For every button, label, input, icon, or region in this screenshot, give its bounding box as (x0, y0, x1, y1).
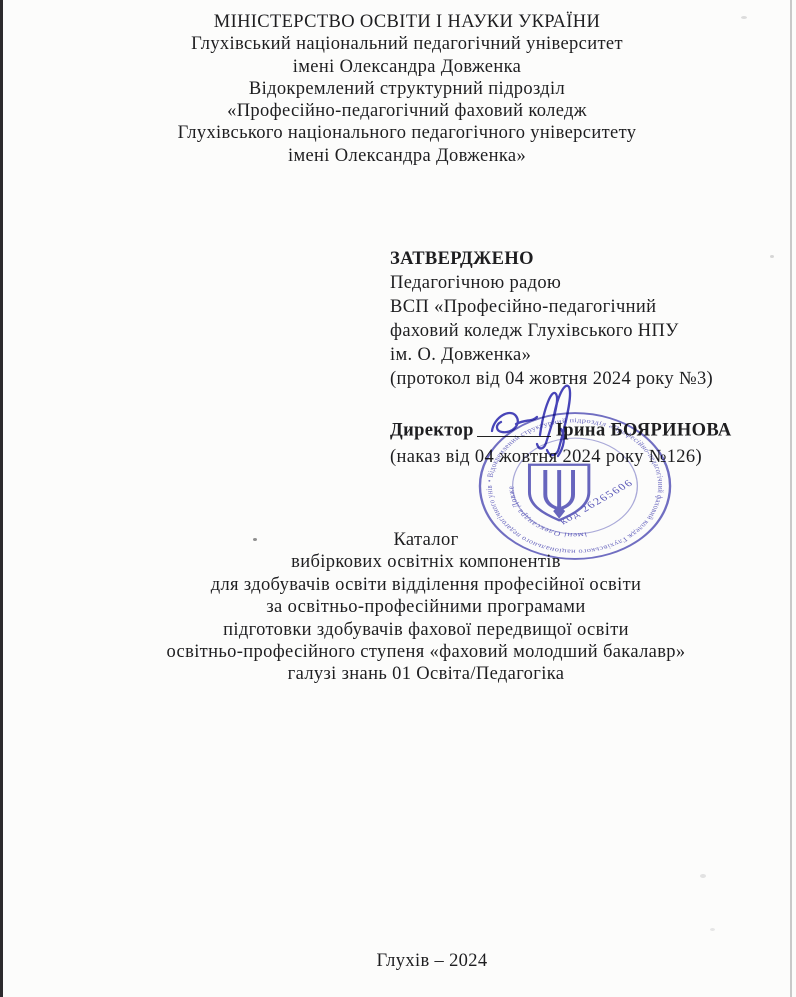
header-line-named-after-2: імені Олександра Довженка» (14, 145, 796, 167)
scan-edge-left (0, 0, 3, 997)
header-line-university-of: Глухівського національного педагогічного… (14, 122, 796, 144)
scan-speck (770, 255, 774, 258)
header-line-named-after: імені Олександра Довженка (14, 56, 796, 78)
scan-speck (253, 538, 257, 541)
title-line-elective: вибіркових освітніх компонентів (56, 551, 796, 573)
director-label: Директор (390, 421, 474, 441)
header-line-subdivision: Відокремлений структурний підрозділ (14, 78, 796, 100)
scan-speck (741, 16, 747, 19)
scan-speck (700, 874, 706, 878)
document-page: МІНІСТЕРСТВО ОСВІТИ І НАУКИ УКРАЇНИ Глух… (0, 0, 796, 997)
title-line-degree: освітньо-професійного ступеня «фаховий м… (56, 641, 796, 663)
title-block: Каталог вибіркових освітніх компонентів … (56, 529, 796, 686)
title-line-programs: за освітньо-професійними програмами (56, 596, 796, 618)
approval-line-council: Педагогічною радою (390, 271, 713, 295)
approved-label: ЗАТВЕРДЖЕНО (390, 247, 713, 271)
header-line-college: «Професійно-педагогічний фаховий коледж (14, 100, 796, 122)
header-block: МІНІСТЕРСТВО ОСВІТИ І НАУКИ УКРАЇНИ Глух… (14, 11, 796, 167)
header-line-ministry: МІНІСТЕРСТВО ОСВІТИ І НАУКИ УКРАЇНИ (14, 11, 796, 33)
scan-speck (710, 928, 715, 931)
approval-line-vsp: ВСП «Професійно-педагогічний (390, 295, 713, 319)
footer-city-year: Глухів – 2024 (68, 951, 796, 972)
title-line-training: підготовки здобувачів фахової передвищої… (56, 619, 796, 641)
approval-block: ЗАТВЕРДЖЕНО Педагогічною радою ВСП «Проф… (390, 247, 713, 391)
header-line-university: Глухівський національний педагогічний ун… (14, 33, 796, 55)
title-line-catalog: Каталог (56, 529, 796, 551)
title-line-field: галузі знань 01 Освіта/Педагогіка (56, 663, 796, 685)
title-line-for-students: для здобувачів освіти відділення професі… (56, 574, 796, 596)
approval-line-named: ім. О. Довженка» (390, 343, 713, 367)
signature-ink (482, 379, 594, 461)
approval-line-college: фаховий коледж Глухівського НПУ (390, 319, 713, 343)
